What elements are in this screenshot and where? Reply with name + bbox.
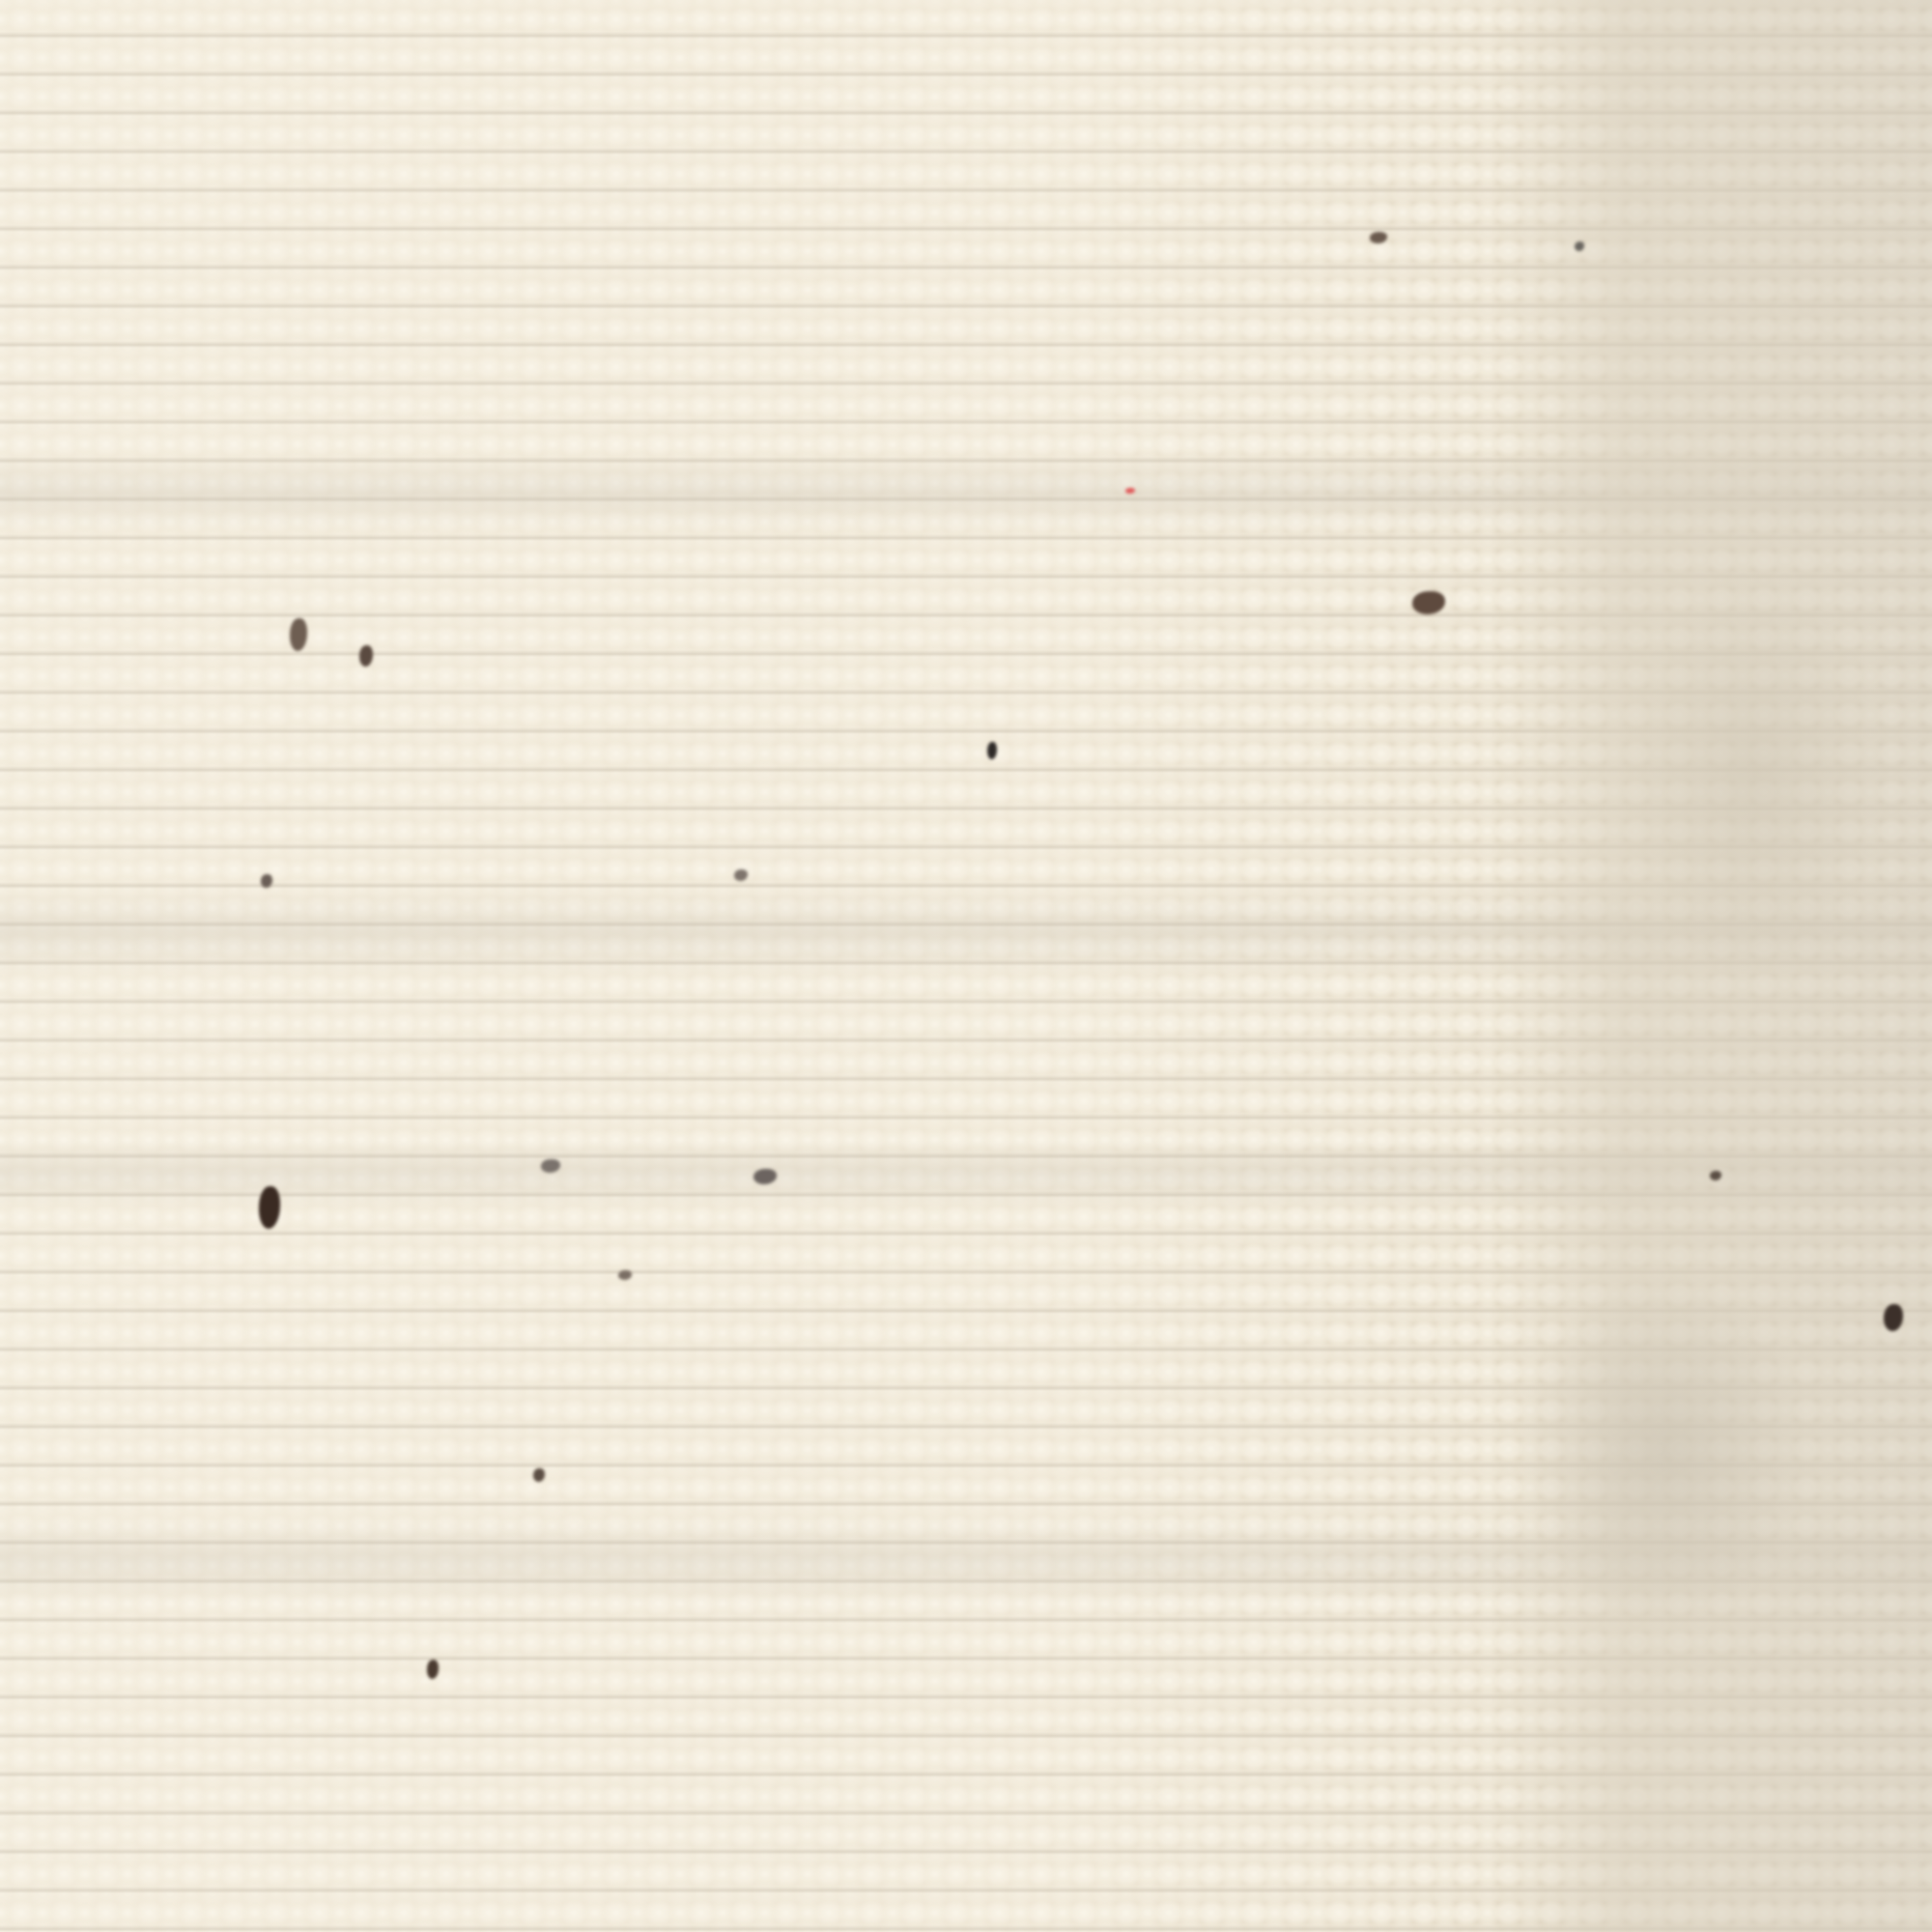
wool-rug-photo	[0, 0, 1932, 1932]
felted-grey-zone	[1488, 0, 1932, 1932]
